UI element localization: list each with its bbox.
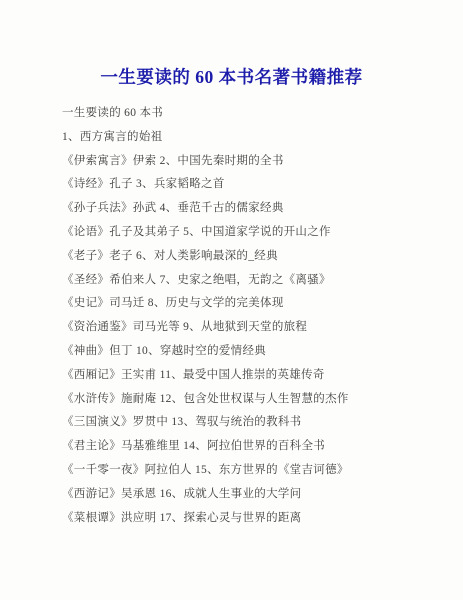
doc-line: 《一千零一夜》阿拉伯人 15、东方世界的《堂吉诃德》: [62, 459, 433, 483]
doc-line: 《君主论》马基雅维里 14、阿拉伯世界的百科全书: [62, 435, 433, 459]
doc-line: 《三国演义》罗贯中 13、驾驭与统治的教科书: [62, 411, 433, 435]
doc-line: 《老子》老子 6、对人类影响最深的_经典: [62, 245, 433, 269]
doc-line: 《神曲》但丁 10、穿越时空的爱情经典: [62, 340, 433, 364]
doc-line: 《圣经》希伯来人 7、史家之绝唱，无韵之《离骚》: [62, 269, 433, 293]
book-list: 一生要读的 60 本书 1、西方寓言的始祖 《伊索寓言》伊索 2、中国先秦时期的…: [0, 102, 463, 530]
doc-line: 《论语》孔子及其弟子 5、中国道家学说的开山之作: [62, 221, 433, 245]
doc-subtitle-line: 一生要读的 60 本书: [62, 102, 433, 126]
doc-line: 《孙子兵法》孙武 4、垂范千古的儒家经典: [62, 197, 433, 221]
doc-line: 《菜根谭》洪应明 17、探索心灵与世界的距离: [62, 507, 433, 531]
doc-line: 《西游记》吴承恩 16、成就人生事业的大学问: [62, 483, 433, 507]
doc-line: 《诗经》孔子 3、兵家韬略之首: [62, 173, 433, 197]
doc-line: 《史记》司马迁 8、历史与文学的完美体现: [62, 292, 433, 316]
doc-line: 《伊索寓言》伊索 2、中国先秦时期的全书: [62, 150, 433, 174]
doc-line: 《资治通鉴》司马光等 9、从地狱到天堂的旅程: [62, 316, 433, 340]
doc-line: 《西厢记》王实甫 11、最受中国人推崇的英雄传奇: [62, 364, 433, 388]
document-page: 一生要读的 60 本书名著书籍推荐 一生要读的 60 本书 1、西方寓言的始祖 …: [0, 0, 463, 600]
page-title: 一生要读的 60 本书名著书籍推荐: [0, 0, 463, 91]
doc-line: 《水浒传》施耐庵 12、包含处世权谋与人生智慧的杰作: [62, 388, 433, 412]
doc-line: 1、西方寓言的始祖: [62, 126, 433, 150]
